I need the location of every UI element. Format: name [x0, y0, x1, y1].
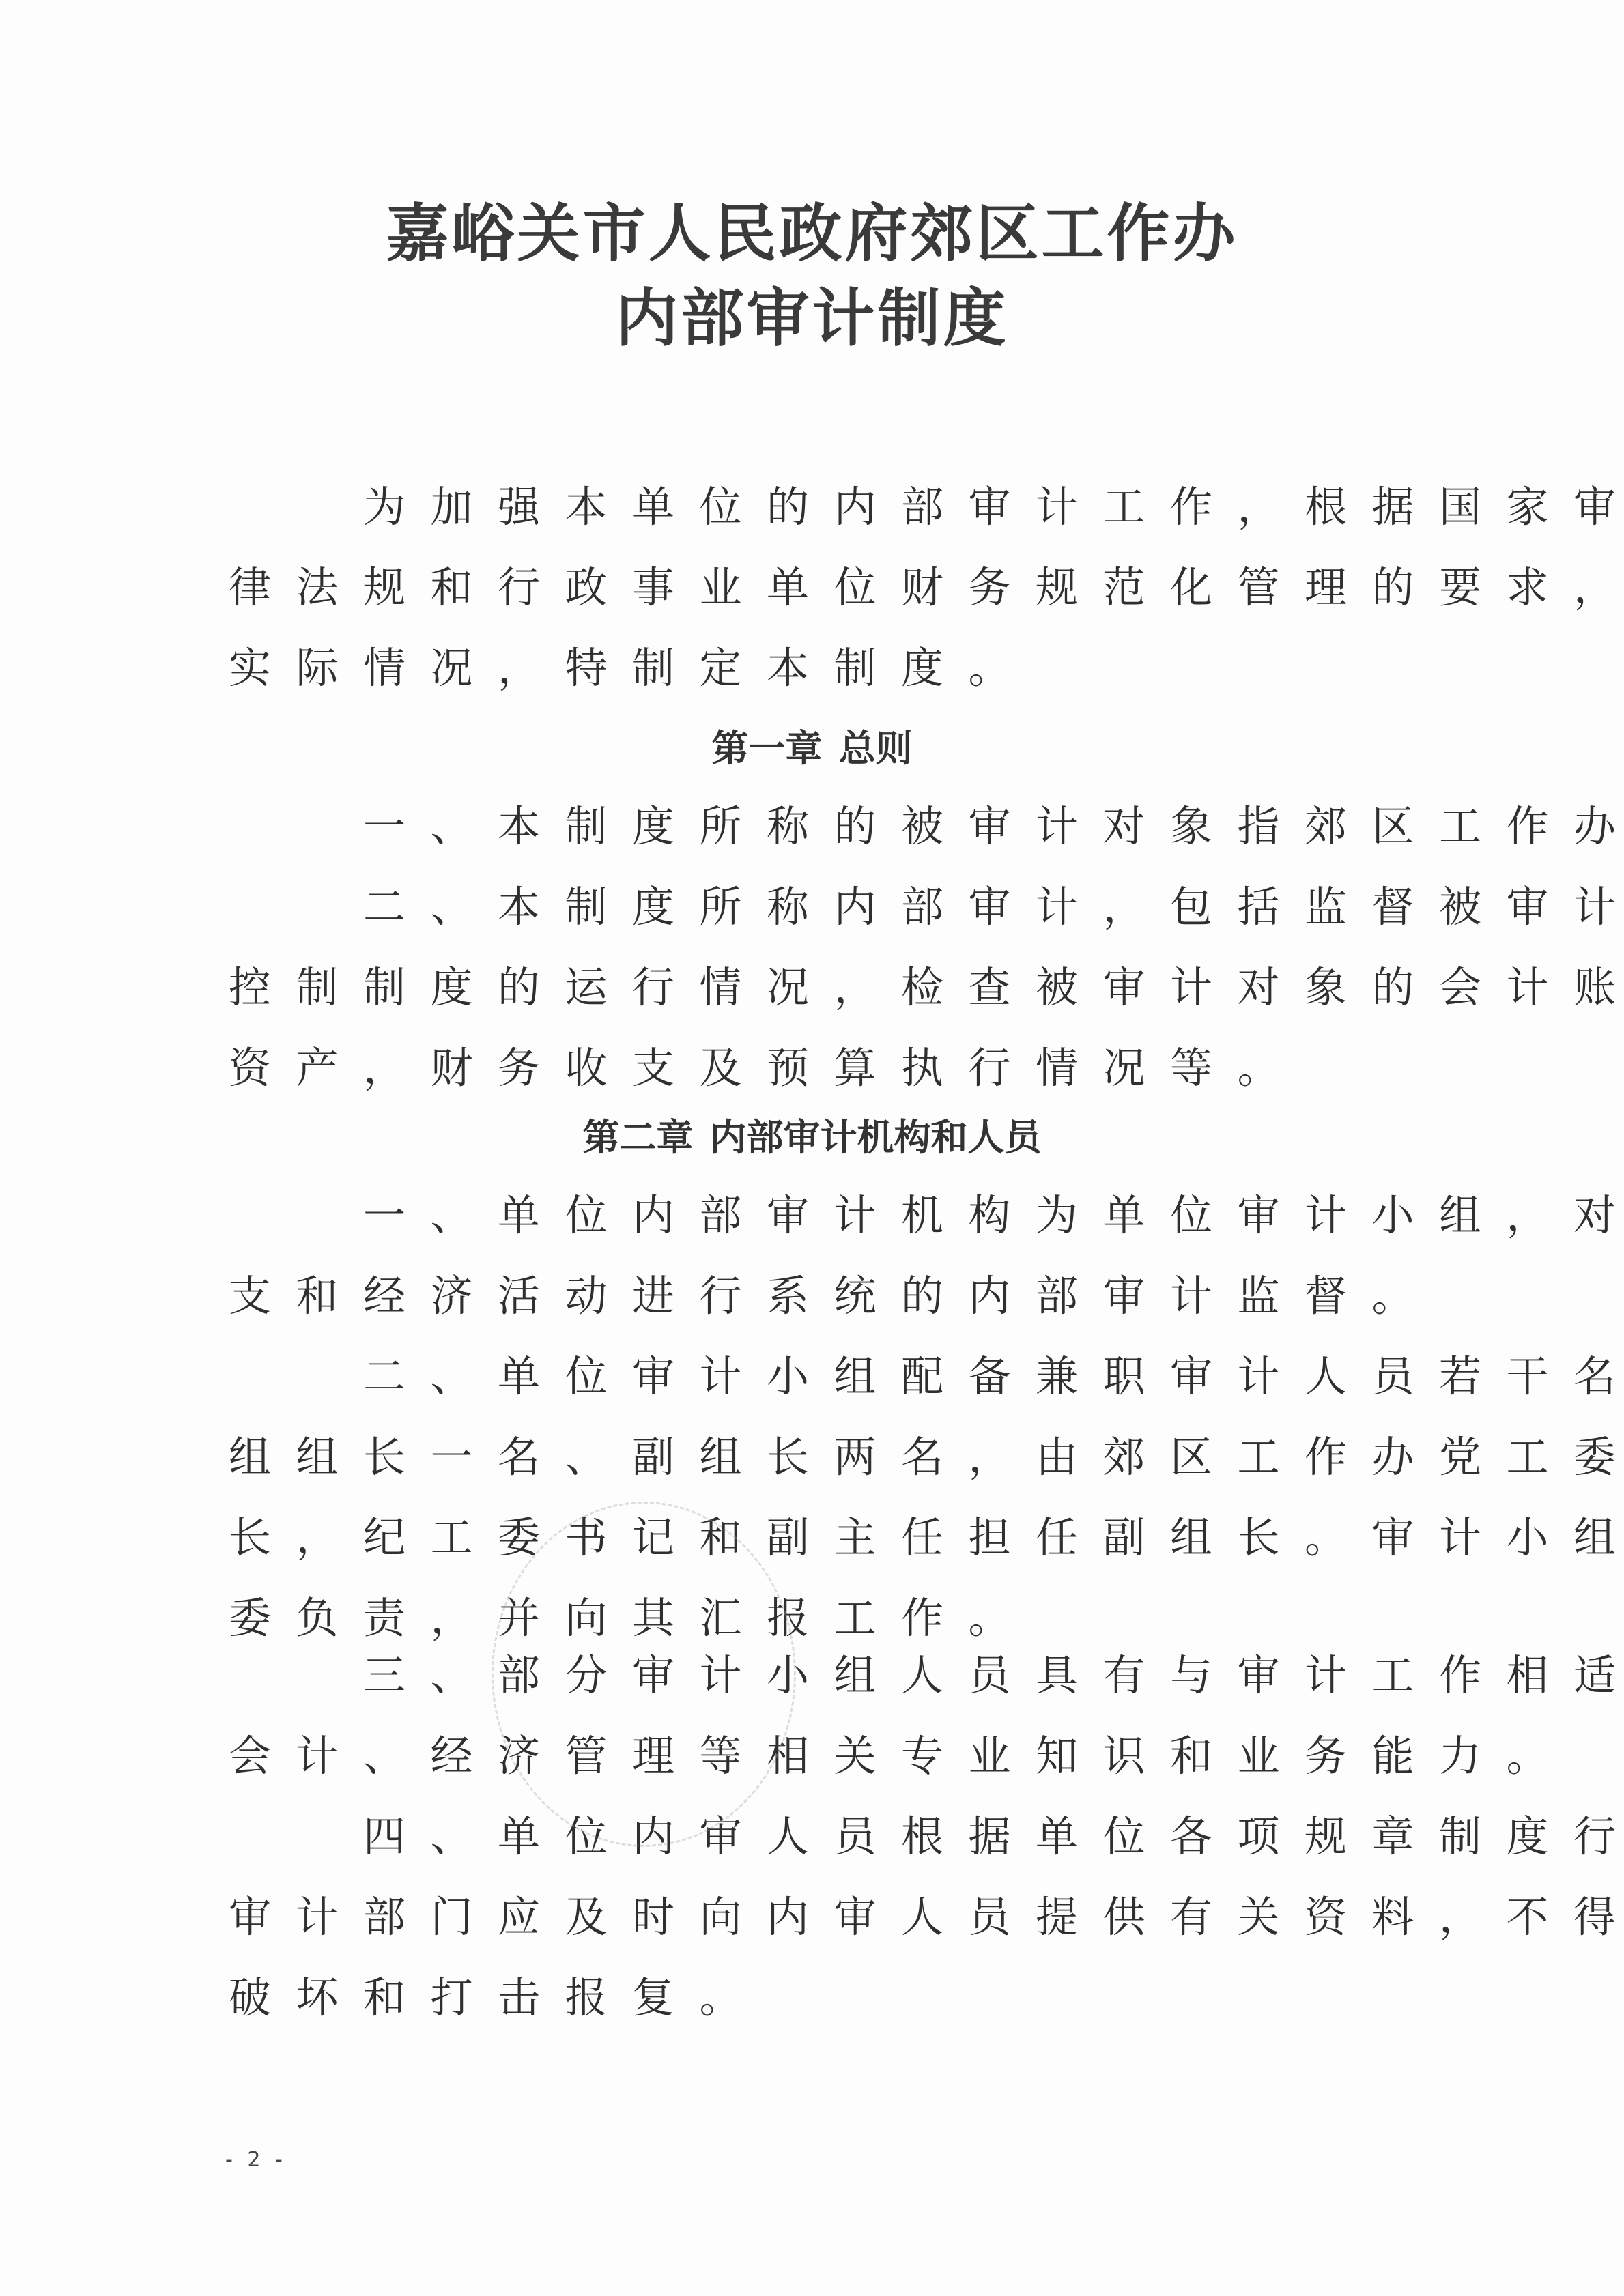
ch2-clause-4-line-3: 破坏和打击报复。 — [229, 1977, 767, 2019]
preamble-line-1: 为加强本单位的内部审计工作，根据国家审计有关的法 — [363, 486, 1624, 528]
document-page: 嘉峪关市人民政府郊区工作办 内部审计制度 为加强本单位的内部审计工作，根据国家审… — [0, 0, 1624, 2296]
document-title-line-1: 嘉峪关市人民政府郊区工作办 — [0, 202, 1624, 265]
chapter-2-number: 第二章 — [583, 1116, 694, 1159]
ch2-clause-2-line-4: 委负责，并向其汇报工作。 — [229, 1597, 1036, 1639]
preamble-line-3: 实际情况，特制定本制度。 — [229, 647, 1036, 689]
ch2-clause-2-line-2: 组组长一名、副组长两名，由郊区工作办党工委书记担任组 — [229, 1436, 1624, 1478]
chapter-1-heading: 第一章总则 — [0, 730, 1624, 767]
ch1-clause-1-line-1: 一、本制度所称的被审计对象指郊区工作办及下辖三镇。 — [363, 805, 1624, 848]
ch2-clause-2-line-3: 长，纪工委书记和副主任担任副组长。审计小组向郊区党工 — [229, 1517, 1624, 1559]
ch2-clause-3-line-1: 三、部分审计小组人员具有与审计工作相适应的审计、 — [363, 1654, 1624, 1697]
preamble-line-2: 律法规和行政事业单位财务规范化管理的要求，结合本单位 — [229, 566, 1624, 609]
ch2-clause-2-line-1: 二、单位审计小组配备兼职审计人员若干名，设审计小 — [363, 1355, 1624, 1398]
chapter-1-title: 总则 — [839, 727, 913, 770]
ch1-clause-2-line-2: 控制制度的运行情况，检查被审计对象的会计账目及其相关 — [229, 966, 1624, 1009]
chapter-2-heading: 第二章内部审计机构和人员 — [0, 1119, 1624, 1156]
page-number: - 2 - — [225, 2150, 287, 2170]
ch2-clause-3-line-2: 会计、经济管理等相关专业知识和业务能力。 — [229, 1735, 1573, 1777]
ch2-clause-4-line-1: 四、单位内审人员根据单位各项规章制度行使职权，被 — [363, 1816, 1624, 1858]
ch1-clause-2-line-3: 资产，财务收支及预算执行情况等。 — [229, 1047, 1305, 1089]
chapter-1-number: 第一章 — [712, 727, 823, 770]
ch2-clause-1-line-2: 支和经济活动进行系统的内部审计监督。 — [229, 1275, 1439, 1317]
ch2-clause-1-line-1: 一、单位内部审计机构为单位审计小组，对单位财务收 — [363, 1194, 1624, 1237]
ch1-clause-2-line-1: 二、本制度所称内部审计，包括监督被审计对象的内部 — [363, 886, 1624, 928]
chapter-2-title: 内部审计机构和人员 — [710, 1116, 1042, 1159]
ch2-clause-4-line-2: 审计部门应及时向内审人员提供有关资料，不得拒绝、阻挠、 — [229, 1896, 1624, 1938]
document-title-line-2: 内部审计制度 — [0, 287, 1624, 349]
